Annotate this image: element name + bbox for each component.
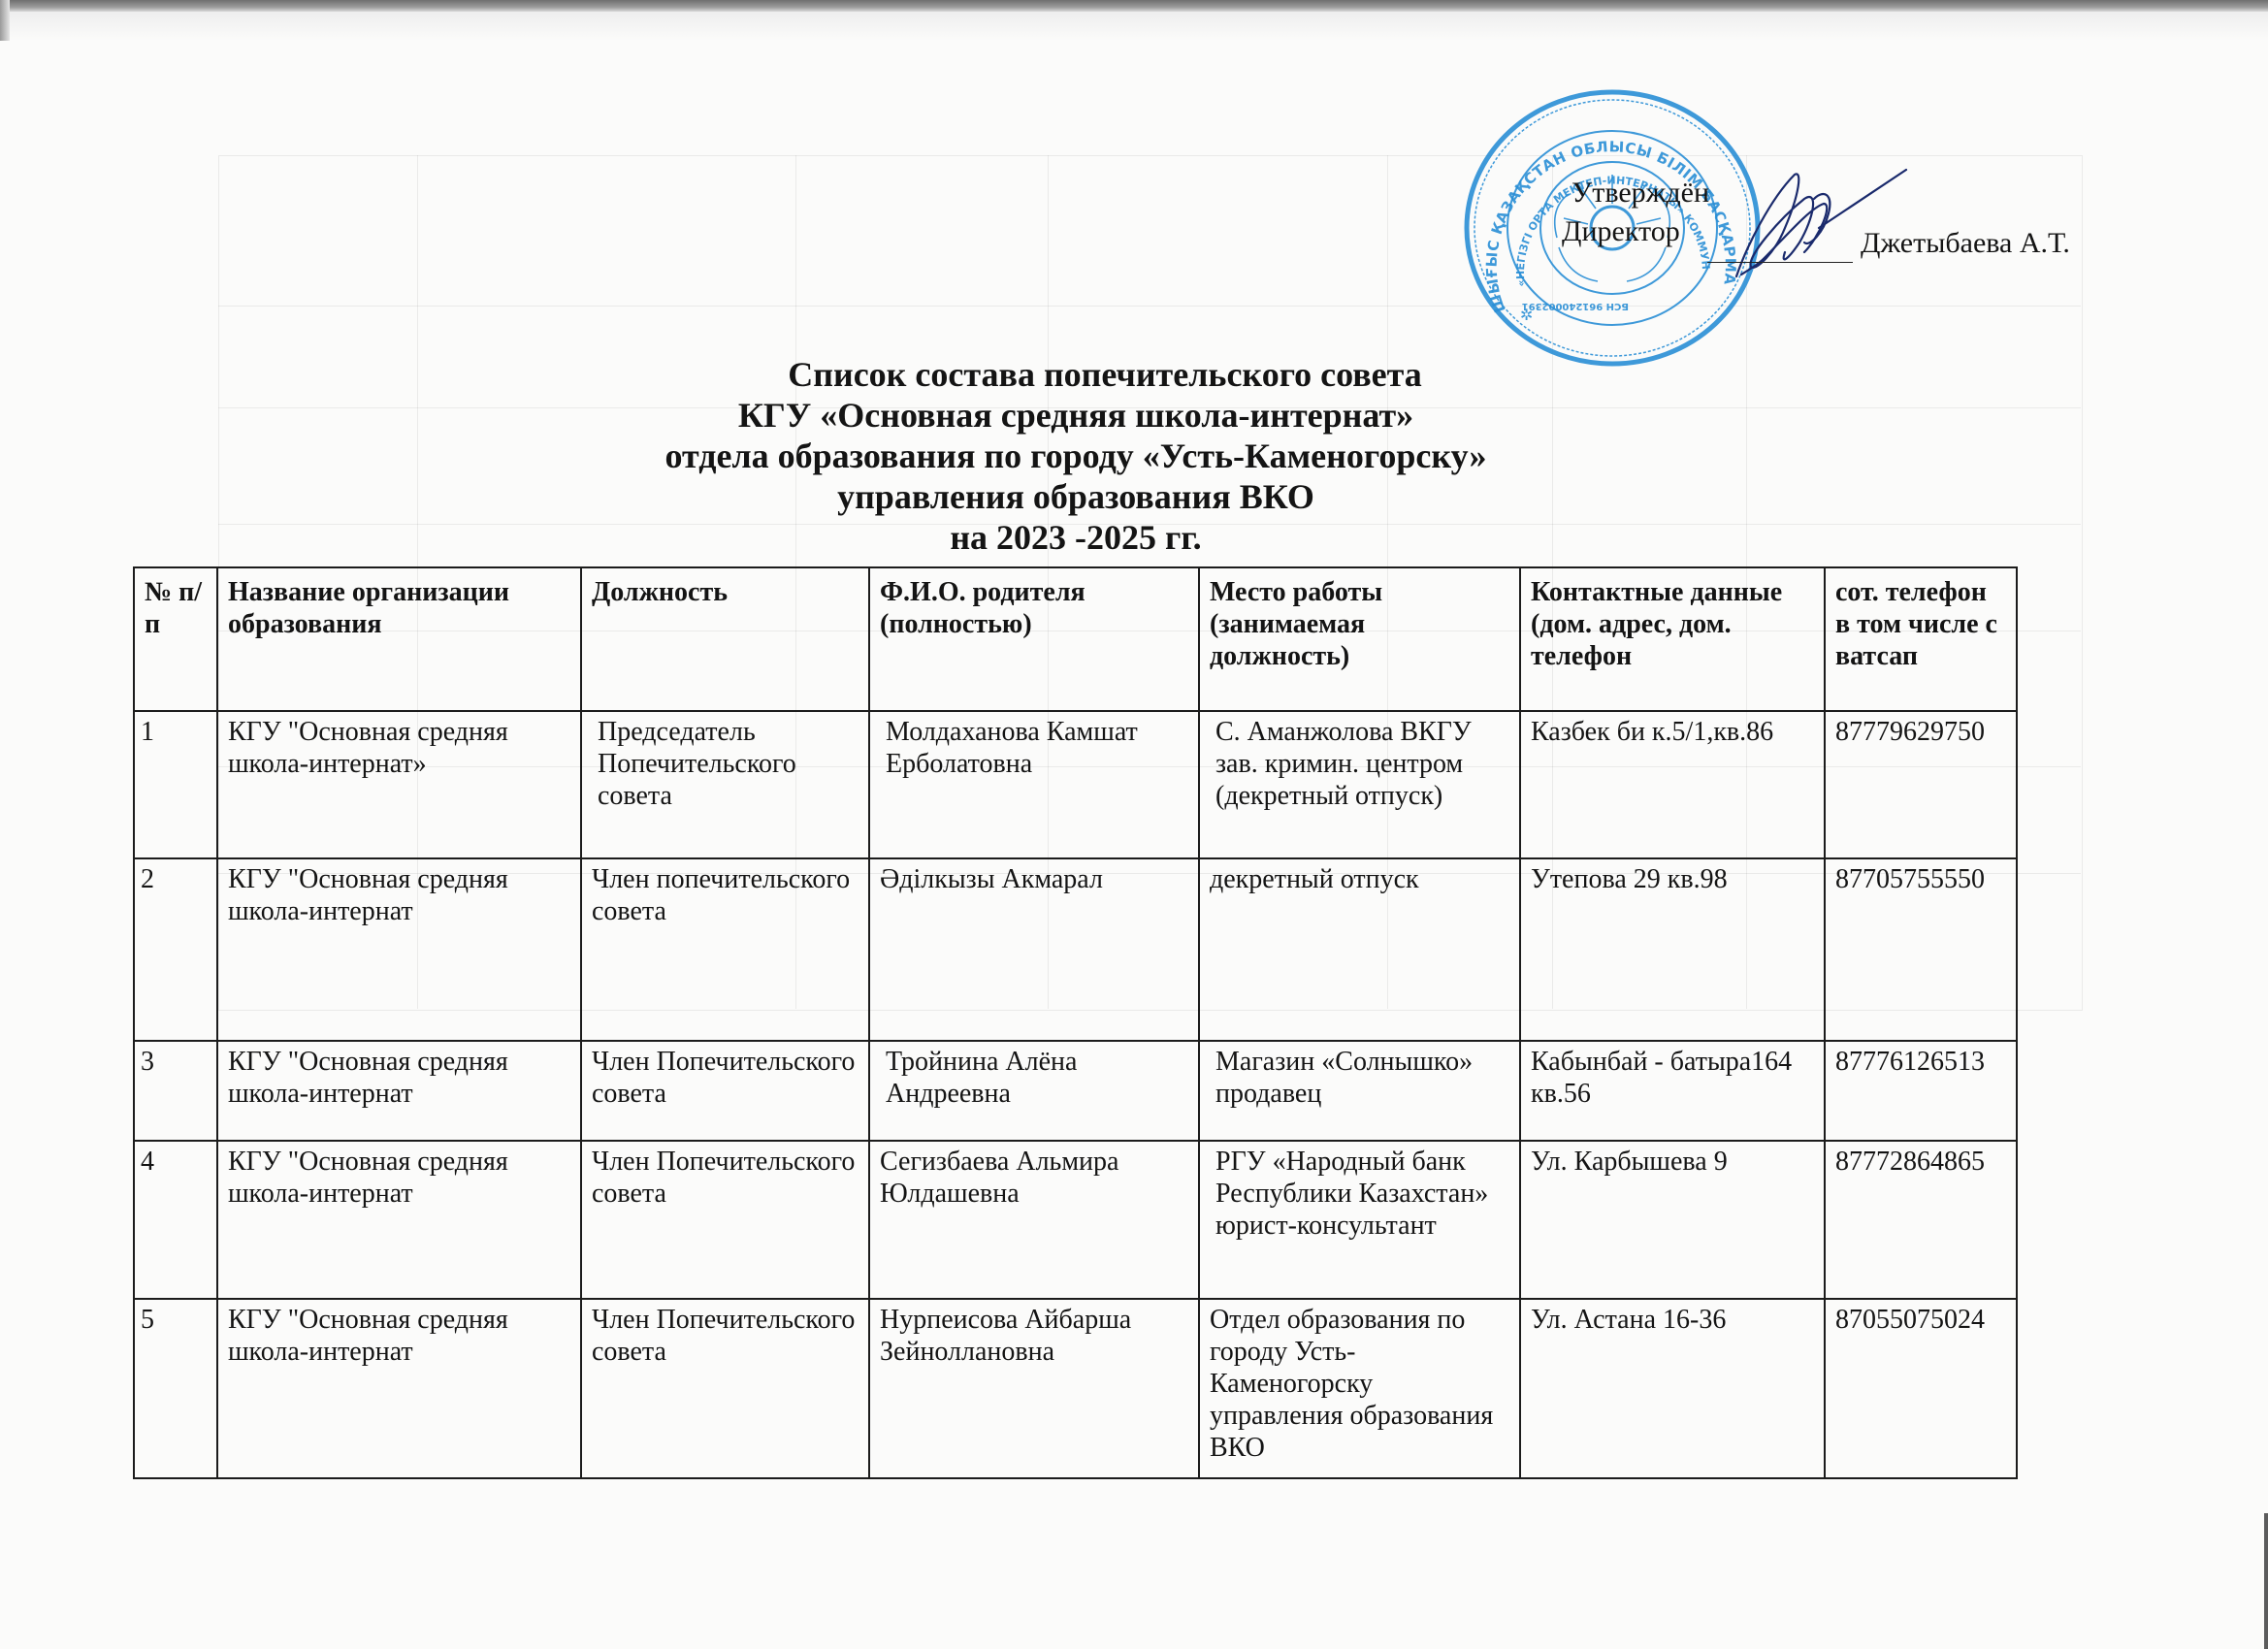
cell-position: Член Попечительского совета	[581, 1141, 869, 1299]
table-row: 3 КГУ "Основная средняя школа-интернат Ч…	[134, 1041, 2017, 1141]
cell-contact: Ул. Астана 16-36	[1520, 1299, 1825, 1478]
table-row: 1 КГУ "Основная средняя школа-интернат» …	[134, 711, 2017, 858]
cell-parent-name: Тройнина Алёна Андреевна	[869, 1041, 1199, 1141]
title-line-5: на 2023 -2025 гг.	[0, 517, 2268, 558]
cell-organization: КГУ "Основная средняя школа-интернат	[217, 1299, 581, 1478]
header-mobile: сот. телефон в том числе с ватсап	[1825, 567, 2017, 711]
cell-parent-name: Молдаханова Камшат Ерболатовна	[869, 711, 1199, 858]
cell-organization: КГУ "Основная средняя школа-интернат»	[217, 711, 581, 858]
cell-workplace: Магазин «Солнышко» продавец	[1199, 1041, 1520, 1141]
cell-parent-name: Сегизбаева Альмира Юлдашевна	[869, 1141, 1199, 1299]
title-line-4: управления образования ВКО	[0, 476, 2268, 517]
cell-mobile: 87705755550	[1825, 858, 2017, 1041]
table-row: 2 КГУ "Основная средняя школа-интернат Ч…	[134, 858, 2017, 1041]
svg-text:БСН 961240002391: БСН 961240002391	[1522, 301, 1629, 311]
cell-parent-name: Нурпеисова Айбарша Зейноллановна	[869, 1299, 1199, 1478]
header-contact: Контактные данные (дом. адрес, дом. теле…	[1520, 567, 1825, 711]
cell-parent-name: Әділкызы Акмарал	[869, 858, 1199, 1041]
cell-mobile: 87776126513	[1825, 1041, 2017, 1141]
table-row: 5 КГУ "Основная средняя школа-интернат Ч…	[134, 1299, 2017, 1478]
cell-number: 3	[134, 1041, 217, 1141]
header-number: № п/п	[134, 567, 217, 711]
scan-border-left	[0, 0, 10, 41]
cell-contact: Ул. Карбышева 9	[1520, 1141, 1825, 1299]
position-label: Директор	[1562, 213, 1680, 249]
title-line-2: КГУ «Основная средняя школа-интернат»	[0, 395, 2268, 436]
cell-mobile: 87772864865	[1825, 1141, 2017, 1299]
table-row: 4 КГУ "Основная средняя школа-интернат Ч…	[134, 1141, 2017, 1299]
cell-position: Член Попечительского совета	[581, 1299, 869, 1478]
header-parent-name: Ф.И.О. родителя (полностью)	[869, 567, 1199, 711]
cell-organization: КГУ "Основная средняя школа-интернат	[217, 858, 581, 1041]
cell-number: 4	[134, 1141, 217, 1299]
table-header-row: № п/п Название организации образования Д…	[134, 567, 2017, 711]
cell-number: 5	[134, 1299, 217, 1478]
cell-workplace: РГУ «Народный банк Республики Казахстан»…	[1199, 1141, 1520, 1299]
scan-border-right	[2264, 1513, 2268, 1649]
cell-workplace: декретный отпуск	[1199, 858, 1520, 1041]
cell-mobile: 87055075024	[1825, 1299, 2017, 1478]
header-position: Должность	[581, 567, 869, 711]
cell-contact: Утепова 29 кв.98	[1520, 858, 1825, 1041]
scan-shadow	[0, 12, 2268, 41]
cell-workplace: Отдел образования по городу Усть-Каменог…	[1199, 1299, 1520, 1478]
cell-position: Член попечительского совета	[581, 858, 869, 1041]
title-line-1: Список состава попечительского совета	[0, 354, 2268, 395]
cell-position: Председатель Попечительского совета	[581, 711, 869, 858]
cell-organization: КГУ "Основная средняя школа-интернат	[217, 1041, 581, 1141]
cell-contact: Кабынбай - батыра164 кв.56	[1520, 1041, 1825, 1141]
document-title: Список состава попечительского совета КГ…	[0, 354, 2268, 558]
director-signature-icon	[1727, 160, 1911, 286]
scan-border-top	[0, 0, 2268, 12]
cell-number: 1	[134, 711, 217, 858]
cell-contact: Казбек би к.5/1,кв.86	[1520, 711, 1825, 858]
header-workplace: Место работы (занимаемая должность)	[1199, 567, 1520, 711]
director-name: Джетыбаева А.Т.	[1861, 227, 2070, 260]
trustee-council-table: № п/п Название организации образования Д…	[133, 566, 2018, 1479]
svg-text:✲: ✲	[1520, 306, 1533, 324]
cell-workplace: С. Аманжолова ВКГУ зав. кримин. центром …	[1199, 711, 1520, 858]
signature-line	[1707, 262, 1853, 263]
cell-organization: КГУ "Основная средняя школа-интернат	[217, 1141, 581, 1299]
title-line-3: отдела образования по городу «Усть-Камен…	[0, 436, 2268, 476]
cell-mobile: 87779629750	[1825, 711, 2017, 858]
approved-label: Утверждён	[1571, 175, 1709, 210]
cell-number: 2	[134, 858, 217, 1041]
header-organization: Название организации образования	[217, 567, 581, 711]
cell-position: Член Попечительского совета	[581, 1041, 869, 1141]
